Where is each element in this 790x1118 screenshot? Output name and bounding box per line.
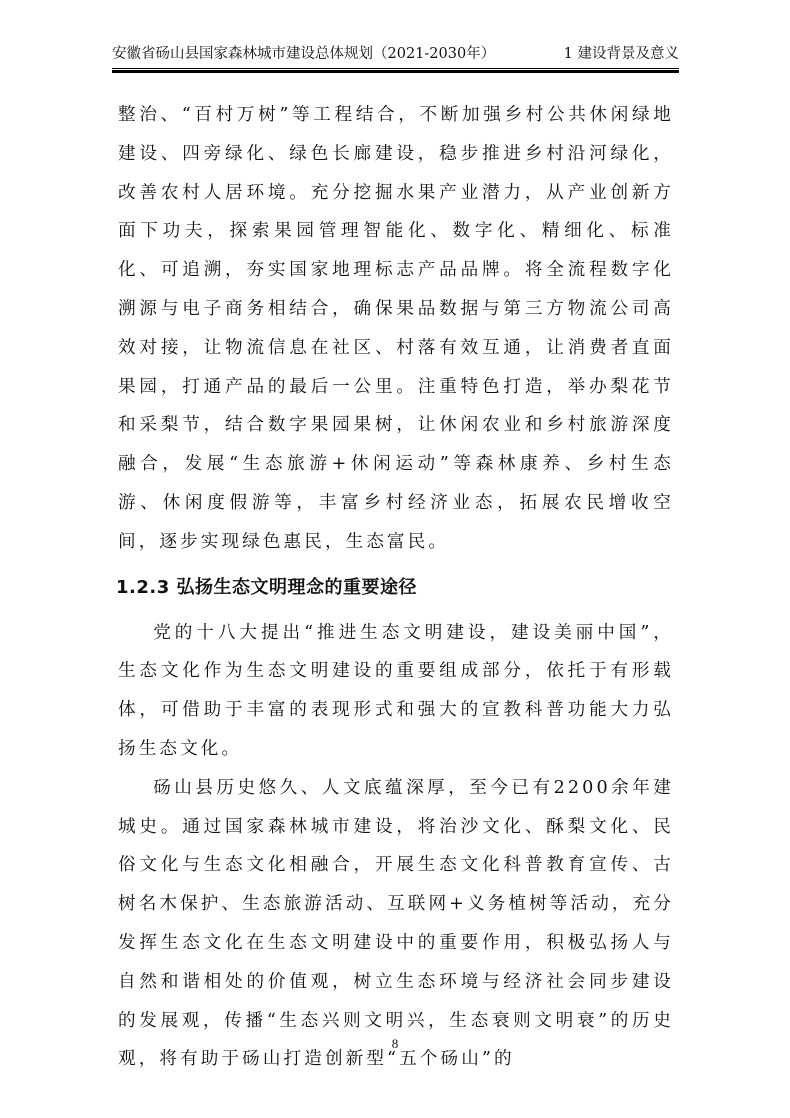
page-header: 安徽省砀山县国家森林城市建设总体规划（2021-2030年） 1 建设背景及意义 — [112, 44, 679, 66]
chapter-title: 1 建设背景及意义 — [564, 44, 679, 64]
body-paragraph: 砀山县历史悠久、人文底蕴深厚，至今已有2200余年建城史。通过国家森林城市建设，… — [118, 769, 674, 1079]
document-title: 安徽省砀山县国家森林城市建设总体规划（2021-2030年） — [112, 44, 495, 64]
body-paragraph: 党的十八大提出“推进生态文明建设，建设美丽中国”，生态文化作为生态文明建设的重要… — [118, 614, 674, 769]
header-rule-thick — [112, 70, 679, 73]
header-rule-thin — [112, 68, 679, 69]
body-paragraph: 整治、“百村万树”等工程结合，不断加强乡村公共休闲绿地建设、四旁绿化、绿色长廊建… — [118, 96, 674, 562]
section-heading: 1.2.3 弘扬生态文明理念的重要途径 — [116, 576, 674, 600]
page-body: 整治、“百村万树”等工程结合，不断加强乡村公共休闲绿地建设、四旁绿化、绿色长廊建… — [118, 96, 674, 1079]
page-number: 8 — [0, 1036, 790, 1052]
